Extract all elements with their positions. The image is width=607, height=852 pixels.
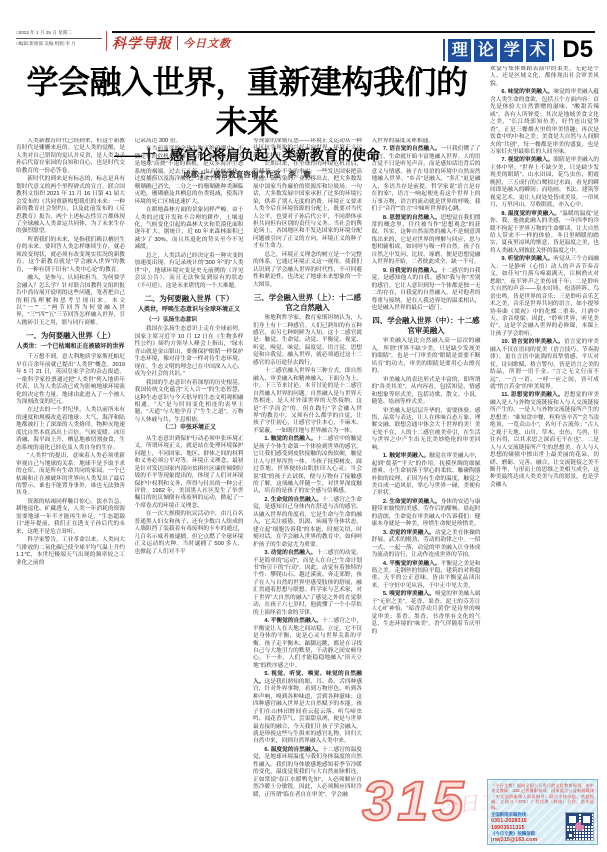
paragraph: 4. 平衡觉的审美融入。平衡觉之美是和谐之美。走钢丝的惊险平稳、建筑的对称稳重、…: [372, 561, 481, 591]
divider: [16, 38, 102, 39]
publication-notice: 《今日文教》面向全国公开发行的文化教育周刊，由中华文教网、315 记者摄影家网、…: [491, 783, 594, 810]
issue-date: □2022 年 1 月 25 日 星期二: [16, 29, 102, 37]
paragraph: 在耕地森林方面的景象同样严峻。由于人类的过度开发和不合理的耕作，土壤退化，气候变…: [135, 207, 244, 252]
sub-heading: 人类世：一个已枯竭和正在被破坏的世界: [16, 344, 125, 351]
newspaper-page: □2022 年 1 月 25 日 星期二 □编辑:新闻部 美编 组版:李 月 科…: [0, 0, 607, 852]
divider: [106, 31, 107, 51]
paragraph: 新时代的到来是有标志的，标志是具有划时代意义的两个里程碑式的宣言。联合国教科文组…: [16, 176, 125, 236]
paragraph: 8. 思想觉的自然融入。思想觉在我们惯常的概念里，往往被当作“思想观念”的获取。…: [372, 215, 481, 267]
paragraph: 1. 触觉审美融入。触觉在审美融入中，起到“奠基”“平天”的作用。抚摸丝绸的细腻…: [372, 453, 481, 498]
paragraph: 总之，人类活动已经决定着一种灾变的加速度出现。有记录统计的“300 年”的“人类…: [135, 253, 244, 290]
divider: [177, 36, 178, 50]
paragraph: 3. 动觉的自然融入。十二感官的动觉，不是简单的“运动”，而是人在自己“生命计划…: [253, 550, 362, 617]
masthead: 科学导报 今日文教: [112, 33, 231, 53]
paragraph: 千万想不到，意大利地质学家斯托帕尼早在百余年前就已提出“人类世”概念。2019 …: [16, 354, 125, 406]
column-5: 欢宴与集体舞蹈表演中的柔美。无论是个人、还是区域文化，都体现出社会审美风貌。6.…: [490, 66, 599, 778]
main-title: 学会融入世界，重新建构我们的未来: [16, 62, 478, 142]
item-lead: 5. 嗅觉的审美融入。: [383, 591, 435, 597]
paragraph: 总之，环境正义理念的树立是一个完整的体系。它通过环境正义这一视角，使我们认识到了…: [253, 252, 362, 289]
paragraph: 5. 视觉、听觉、嗅觉、味觉的自然融入。这是我们熟知的眼、耳、鼻、舌四种感官，针…: [253, 671, 362, 746]
paragraph: 科学家警告，工业革命以来，人类向大气排放的二氧化碳已使全球平均气温上升约 1.1…: [16, 537, 125, 567]
paragraph: 在一次大规模的抗议活动中，由几百名普通黑人妇女和孩子、还有少数白人组成的人墙阻挡…: [135, 511, 244, 556]
sub-heading: （一）弘扬生态意识: [135, 317, 244, 324]
paragraph: 长期以来，在全球性的环境危机背后，隐藏着一个不争的事实：一些发达国家把高耗能、高…: [253, 161, 362, 250]
paragraph: 5. 嗅觉的审美融入。嗅觉的审美融入属于“无形之美”。花香、果香、泥土的芬芳让人…: [372, 591, 481, 636]
paragraph: 记录高达 300 倍。: [135, 138, 244, 145]
item-lead: 9. 自我觉的自然融入。: [383, 268, 441, 274]
masthead-sub: 今日文教: [183, 35, 231, 51]
item-lead: 4. 平衡觉的自然融入。: [264, 618, 322, 624]
item-lead: 8. 思想觉的自然融入。: [383, 215, 441, 221]
item-lead: 3. 动觉的自然融入。: [264, 550, 316, 556]
paragraph: 我国的生态意识有着深厚的历史根基。我国传统文化蕴含“天人合一”的生态智慧，这种生…: [135, 380, 244, 425]
item-lead: 5. 视觉、听觉、嗅觉、味觉的自然融入。: [253, 671, 362, 684]
mailbox-address: jrwj315@163.com: [491, 837, 562, 844]
paragraph: 6. 温度觉的自然融入。十二感官的温度觉，是地球环境温度与我们身体温度的自然性融…: [253, 747, 362, 799]
paragraph: 6. 味觉的审美融入。味觉的审美融入蕴含人类生命的食欲，包括五个方面内容：首先是…: [490, 89, 599, 156]
item-lead: 6. 味觉的审美融入。: [501, 89, 553, 95]
paragraph: 资源的枯竭同样触目惊心。淡水告急、耕地退化、矿藏透支，人类一年消耗的资源需要地球…: [16, 499, 125, 536]
item-lead: 11. 思想觉的审美融入。: [501, 392, 563, 398]
item-lead: 7. 语言觉的自然融入。: [383, 146, 441, 152]
paragraph: 11. 思想觉的审美融入。思想觉的审美融入是人与外物交流链接和人与人交流链接所产…: [490, 392, 599, 489]
item-lead: 1. 触觉审美融入。: [383, 453, 429, 459]
paragraph: 在过去的一个世纪里，人类以前所未有的速度和规模改造着地球：大气、海洋和陆地都被打…: [16, 407, 125, 452]
paragraph: 等现象的深刻反思——环境正义运动从一种社区抗争现象的兴起走向世界，环境正义运动由…: [253, 138, 362, 160]
divider: [552, 39, 554, 61]
section-heading: 四、学会融入世界（中）：十二感官审美融入: [372, 316, 481, 335]
paragraph: 7. 语言觉的自然融入。一旦我们懂了了语言、生命就开始丰富地融入世界。人的语言觉…: [372, 146, 481, 213]
paragraph: 4. 平衡觉的自然融入。十二感官之中，平衡觉让人在天地之间站稳、立定。它不仅是身…: [253, 618, 362, 670]
paragraph: 7. 视觉的审美融入。眼睛是审美融入的主体中坚。“世界上不缺少美，只是缺少发现美…: [490, 157, 599, 209]
paragraph: 3. 动觉的审美融入。动觉之美在体操的舒展、武术的刚劲、劳动的韵律之中。一招一式…: [372, 530, 481, 560]
issue-info: □2022 年 1 月 25 日 星期二 □编辑:新闻部 美编 组版:李 月: [16, 29, 102, 48]
publication-info-box: 《今日文教》面向全国公开发行的文化教育周刊，由中华文教网、315 记者摄影家网、…: [487, 779, 598, 845]
hotline-number: 0351-2028315 18903511315: [491, 818, 562, 831]
section-char: 论: [474, 39, 497, 62]
paragraph: 融入，是参与、认同和担当。为何要学会融入？怎么学？针对联合国教科文组织报告中尚待…: [16, 275, 125, 327]
issue-staff: □编辑:新闻部 美编 组版:李 月: [16, 40, 102, 48]
item-lead: 2. 生命觉的审美融入。: [383, 499, 441, 505]
divider: [443, 39, 445, 61]
section-label: 理 论 学 术 D5: [443, 36, 593, 64]
item-lead: 1. 触觉的自然融入。: [264, 436, 316, 442]
item-lead: 9. 听觉的审美融入。: [501, 256, 553, 262]
paragraph: 审美融入是比自然融入高一层次的融入。所谓“世界不缺少美，只是缺少发现美的眼睛”，…: [372, 338, 481, 375]
qr-code: [565, 812, 594, 841]
section-heading: 一、为何要融入世界（上）: [16, 331, 125, 341]
paragraph: 9. 听觉的审美融入。听觉从三个方面融入：一是静听（心悟）动人的声音节奏音义，如…: [490, 256, 599, 338]
section-heading: 二、为何要融入世界（下）: [135, 294, 244, 304]
item-lead: 6. 温度觉的自然融入。: [264, 747, 322, 753]
sub-heading: 人类世，呼唤生态意识与全球环境正义: [135, 307, 244, 314]
column-3: 等现象的深刻反思——环境正义运动从一种社区抗争现象的兴起走向世界，环境正义运动由…: [253, 138, 362, 848]
paragraph: “人类世”的提出，意味着人类必须重新审视自己与地球的关系：地球不是予取予求的仓库…: [16, 453, 125, 498]
item-lead: 8. 温度觉的审美融入。: [501, 211, 560, 217]
paragraph: 入世界的温度灵犀相通。: [372, 138, 481, 145]
paragraph: 9. 自我觉的自然融入。十二感官的自我觉，是感知他人的自我、感知“我与你”差别的…: [372, 268, 481, 313]
item-lead: 10. 语言觉的审美融入。: [501, 339, 564, 345]
paragraph: 8. 温度觉的审美融入。“温暖的温度”是你、我、他彼此融入的美感，一年四季的冷暖…: [490, 211, 599, 256]
paragraph: 所谓我们的未来，是指我们赖以栖居生存的未来。要回答人类怎样继续生存，就必须改变现…: [16, 237, 125, 274]
item-lead: 2. 生命觉的自然融入。: [264, 497, 322, 503]
paragraph: 从生态意识到保护行动必须申张环境正义。所谓环境正义，就是站在处理环境保护问题上，…: [135, 436, 244, 511]
section-char: 理: [448, 39, 471, 62]
paragraph: 十二感官融入世界有三种方式，即自然融入、审美融入和精神融入，下面分为上、中、下三…: [253, 368, 362, 435]
paragraph: 奥地利哲学家、教育家斯坦纳认为，人们身上有十二种感官。人们已熟知的有五种感官，而…: [253, 315, 362, 367]
column-4: 入世界的温度灵犀相通。7. 语言觉的自然融入。一旦我们懂了了语言、生命就开始丰富…: [372, 138, 481, 848]
paragraph: 审美融入是层层升华的，需要体验、感悟、品赏与表达，让人在体味百态万象、理解交融、…: [372, 408, 481, 453]
paragraph: 在当前演变的全球生物灭绝浪潮中，不确定性的危机是碳排放失控。碳排放被认为是地球“…: [135, 146, 244, 206]
sub-heading: （二）申张环境正义: [135, 425, 244, 432]
paragraph: 2. 生命觉的自然融入。十二感官之生命觉，是感知自己身体内在舒适与否的感官。从融…: [253, 497, 362, 549]
column-2: 记录高达 300 倍。在当前演变的全球生物灭绝浪潮中，不确定性的危机是碳排放失控…: [135, 138, 244, 848]
paragraph: 2. 生命觉的审美融入。身体的安适与康健带来愉悦的美感。劳作后的酣畅、晨起时的清…: [372, 499, 481, 529]
paragraph: 人类新教育时代已经到来，但这个新教育时代是姗姗来迟的。它是人类的觉醒，是人类对自…: [16, 138, 125, 175]
section-char: 术: [526, 39, 549, 62]
page-number: D5: [562, 36, 593, 64]
paragraph: 我国在弘扬生态意识上走在全球前列。国家主席习近平 10 月 12 日在《生物多样…: [135, 326, 244, 378]
paragraph: 欢宴与集体舞蹈表演中的柔美。无论是个人、还是区域文化，都体现出社会审美风貌。: [490, 66, 599, 88]
paragraph: 10. 语言觉的审美融入。语言觉的审美融入不仅在语词的优美（语言技巧、节奏韵律）…: [490, 339, 599, 391]
item-lead: 3. 动觉的审美融入。: [383, 530, 435, 536]
paragraph: 审美融入的表达形式是丰富的，即所谓的“各美其美”。从内容看，包括知觉、情感和想象…: [372, 377, 481, 407]
item-lead: 4. 平衡觉的审美融入。: [383, 561, 441, 567]
section-heading: 三、学会融入世界（上）：十二感官之自然融入: [253, 293, 362, 312]
paragraph: 1. 触觉的自然融入。十二感官中的触觉是孩子个体生命第一个体验到世界的感官。它让…: [253, 436, 362, 496]
masthead-main: 科学导报: [112, 33, 172, 53]
column-1: 人类新教育时代已经到来，但这个新教育时代是姗姗来迟的。它是人类的觉醒，是人类对自…: [16, 138, 125, 848]
item-lead: 7. 视觉的审美融入。: [501, 157, 553, 163]
section-char: 学: [500, 39, 523, 62]
